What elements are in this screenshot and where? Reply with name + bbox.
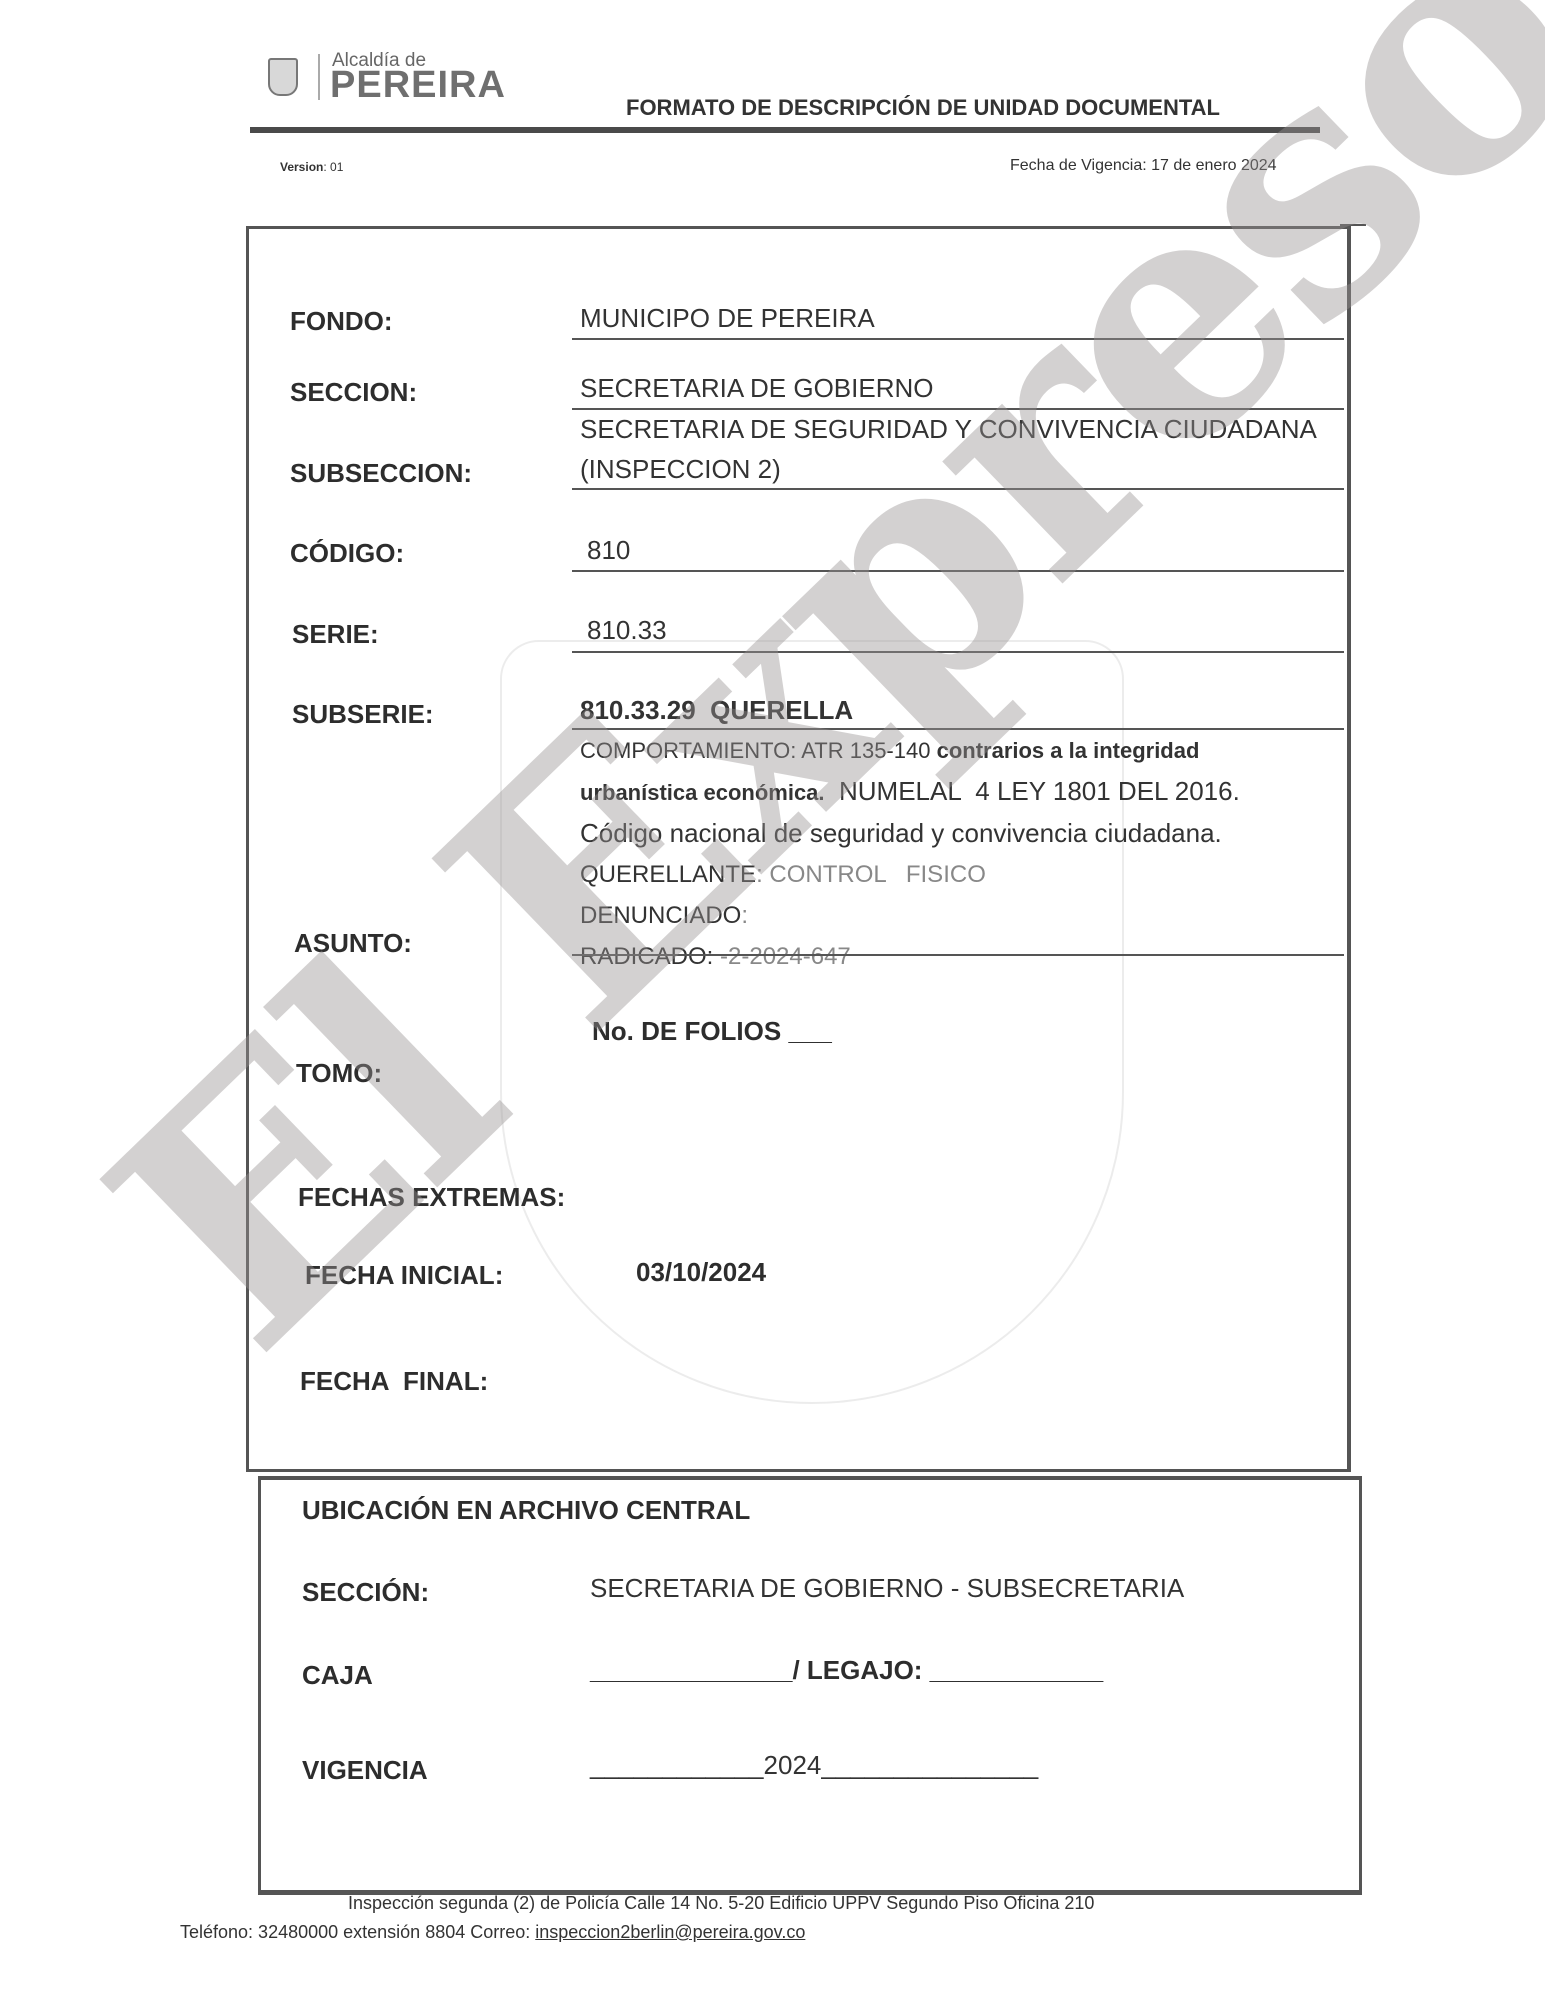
fecha-inicial-value: 03/10/2024 <box>636 1257 766 1288</box>
subserie-label: SUBSERIE: <box>292 699 434 730</box>
vigencia-label: VIGENCIA <box>302 1755 428 1786</box>
tomo-label: TOMO: <box>296 1058 382 1089</box>
form-title: FORMATO DE DESCRIPCIÓN DE UNIDAD DOCUMEN… <box>626 95 1220 121</box>
asunto-label: ASUNTO: <box>294 928 412 959</box>
asunto-underline <box>572 954 1344 956</box>
asunto-comportamiento-desc: contrarios a la integridad <box>937 738 1200 763</box>
caja-legajo-value: ______________/ LEGAJO: ____________ <box>590 1655 1103 1686</box>
logo-title: PEREIRA <box>330 64 506 107</box>
subseccion-value-line2: (INSPECCION 2) <box>580 454 781 485</box>
box-border-extension <box>1340 224 1366 226</box>
codigo-value: 810 <box>587 535 630 566</box>
asunto-line-4: QUERELLANTE: CONTROL FISICO <box>580 854 1340 895</box>
asunto-comportamiento: COMPORTAMIENTO: ATR 135-140 <box>580 738 937 763</box>
fondo-label: FONDO: <box>290 306 393 337</box>
fondo-value: MUNICIPO DE PEREIRA <box>580 303 875 334</box>
radicado-value: -2-2024-647 <box>720 943 851 970</box>
ubicacion-seccion-label: SECCIÓN: <box>302 1577 429 1608</box>
ubicacion-seccion-value: SECRETARIA DE GOBIERNO - SUBSECRETARIA <box>590 1573 1184 1604</box>
asunto-line-6: RADICADO: -2-2024-647 <box>580 936 1340 977</box>
querellante-value: : CONTROL FISICO <box>756 861 986 888</box>
footer-contact: Teléfono: 32480000 extensión 8804 Correo… <box>180 1922 805 1943</box>
querellante-label: QUERELLANTE <box>580 861 756 888</box>
seccion-underline <box>572 408 1344 410</box>
caja-label: CAJA <box>302 1660 373 1691</box>
serie-underline <box>572 651 1344 653</box>
denunciado-value: : <box>741 902 748 929</box>
denunciado-label: DENUNCIADO <box>580 902 741 929</box>
ubicacion-title: UBICACIÓN EN ARCHIVO CENTRAL <box>302 1495 750 1526</box>
fecha-final-label: FECHA FINAL: <box>300 1366 488 1397</box>
asunto-urbanistica: urbanística económica. <box>580 780 825 805</box>
serie-value: 810.33 <box>587 615 667 646</box>
asunto-line-5: DENUNCIADO: <box>580 895 1340 936</box>
folios-label: No. DE FOLIOS ___ <box>592 1016 832 1047</box>
subserie-value: 810.33.29 QUERELLA <box>580 695 853 726</box>
radicado-label: RADICADO: <box>580 943 720 970</box>
logo-divider <box>318 54 320 100</box>
vigencia-value: ____________2024_______________ <box>590 1750 1038 1781</box>
footer-address: Inspección segunda (2) de Policía Calle … <box>348 1893 1094 1914</box>
fechas-extremas-label: FECHAS EXTREMAS: <box>298 1182 565 1213</box>
subseccion-underline <box>572 488 1344 490</box>
version-text: Version: 01 <box>280 160 343 174</box>
footer-phone: Teléfono: 32480000 extensión 8804 Correo… <box>180 1922 535 1942</box>
asunto-numeral: NUMELAL 4 LEY 1801 DEL 2016. <box>825 776 1240 806</box>
vigencia-date: Fecha de Vigencia: 17 de enero 2024 <box>1010 157 1277 175</box>
footer-email-link[interactable]: inspeccion2berlin@pereira.gov.co <box>535 1922 805 1942</box>
asunto-line-1: COMPORTAMIENTO: ATR 135-140 contrarios a… <box>580 730 1340 771</box>
seccion-value: SECRETARIA DE GOBIERNO <box>580 373 933 404</box>
asunto-value: COMPORTAMIENTO: ATR 135-140 contrarios a… <box>580 730 1340 977</box>
subseccion-label: SUBSECCION: <box>290 458 472 489</box>
codigo-label: CÓDIGO: <box>290 538 404 569</box>
version-value: : 01 <box>323 160 343 174</box>
codigo-underline <box>572 570 1344 572</box>
seccion-label: SECCION: <box>290 377 417 408</box>
header-rule <box>250 127 1320 133</box>
asunto-line-2: urbanística económica. NUMELAL 4 LEY 180… <box>580 771 1340 813</box>
city-crest-icon <box>268 58 298 96</box>
version-label: Version <box>280 160 323 174</box>
serie-label: SERIE: <box>292 619 379 650</box>
subseccion-value-line1: SECRETARIA DE SEGURIDAD Y CONVIVENCIA CI… <box>580 414 1317 445</box>
asunto-line-3: Código nacional de seguridad y convivenc… <box>580 813 1340 854</box>
fondo-underline <box>572 338 1344 340</box>
fecha-inicial-label: FECHA INICIAL: <box>305 1260 503 1291</box>
